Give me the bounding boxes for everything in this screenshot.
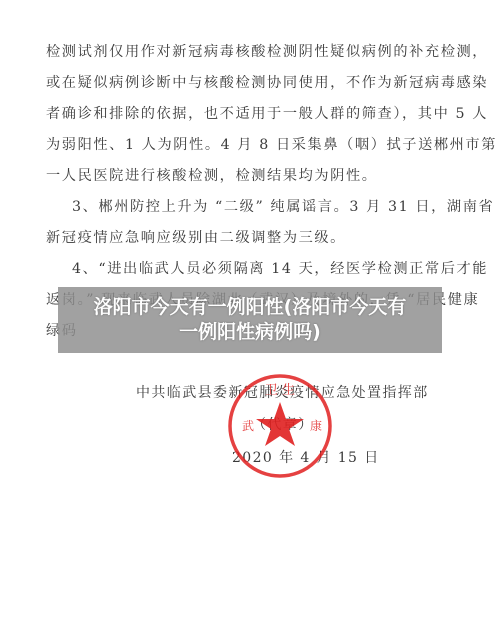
- doc-line-4: 为弱阳性、1 人为阴性。4 月 8 日采集鼻（咽）拭子送郴州市第: [46, 136, 458, 154]
- doc-line-7: 新冠疫情应急响应级别由二级调整为三级。: [46, 229, 458, 247]
- doc-line-1: 检测试剂仅用作对新冠病毒核酸检测阴性疑似病例的补充检测，: [46, 43, 458, 61]
- official-seal-icon: 卫 生 武 康: [226, 372, 334, 480]
- title-overlay-banner: 洛阳市今天有一例阳性(洛阳市今天有 一例阳性病例吗): [58, 287, 442, 353]
- doc-line-6: 3、郴州防控上升为 “二级” 纯属谣言。3 月 31 日，湖南省: [72, 198, 484, 216]
- overlay-title-line-2: 一例阳性病例吗): [179, 320, 321, 345]
- svg-text:武: 武: [242, 418, 254, 433]
- overlay-title-line-1: 洛阳市今天有一例阳性(洛阳市今天有: [94, 295, 407, 320]
- doc-line-8: 4、“进出临武人员必须隔离 14 天，经医学检测正常后才能: [72, 260, 484, 278]
- svg-text:卫 生: 卫 生: [265, 382, 295, 398]
- doc-line-5: 一人民医院进行核酸检测，检测结果均为阴性。: [46, 167, 458, 185]
- doc-line-3: 者确诊和排除的依据，也不适用于一般人群的筛查），其中 5 人: [46, 105, 458, 123]
- svg-text:康: 康: [310, 418, 322, 433]
- doc-line-2: 或在疑似病例诊断中与核酸检测协同使用，不作为新冠病毒感染: [46, 74, 458, 92]
